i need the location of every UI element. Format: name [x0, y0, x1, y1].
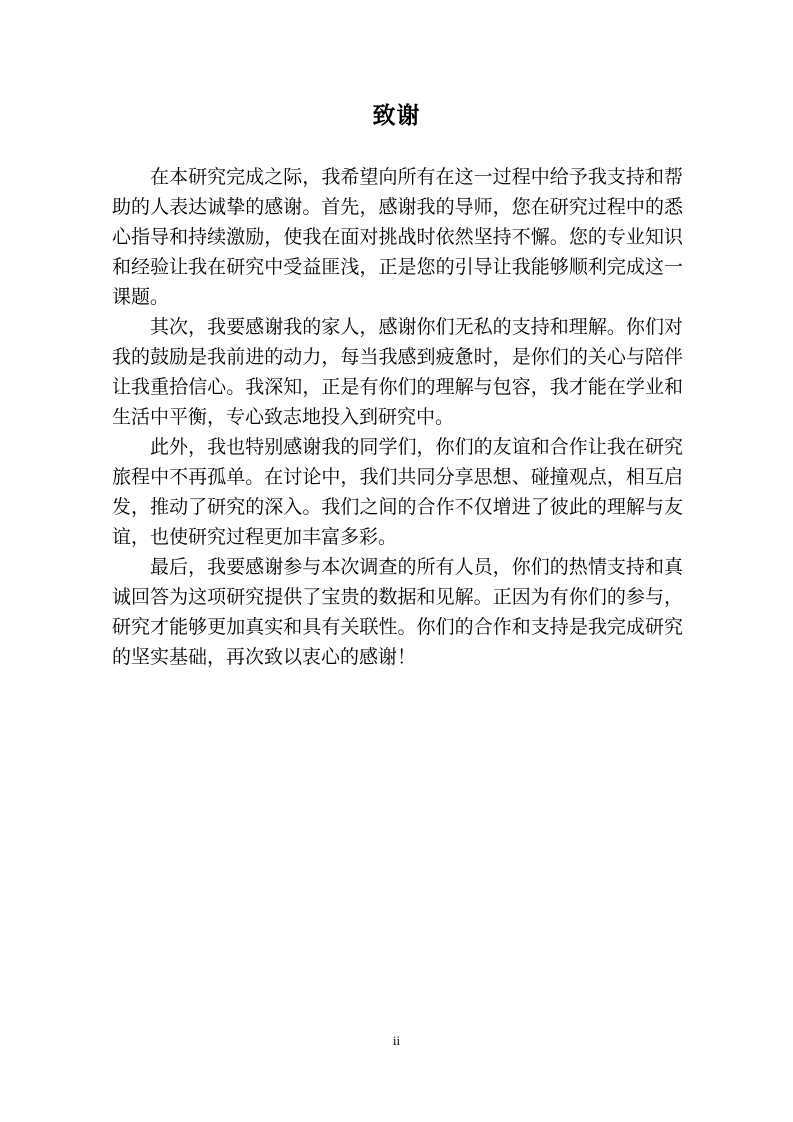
acknowledgement-paragraph-4: 最后，我要感谢参与本次调查的所有人员，你们的热情支持和真诚回答为这项研究提供了宝… [112, 553, 683, 673]
acknowledgement-paragraph-2: 其次，我要感谢我的家人，感谢你们无私的支持和理解。你们对我的鼓励是我前进的动力，… [112, 313, 683, 433]
page-title: 致谢 [0, 0, 793, 132]
document-page: 致谢 在本研究完成之际，我希望向所有在这一过程中给予我支持和帮助的人表达诚挚的感… [0, 0, 793, 1122]
page-number: ii [0, 1033, 793, 1049]
acknowledgement-paragraph-1: 在本研究完成之际，我希望向所有在这一过程中给予我支持和帮助的人表达诚挚的感谢。首… [112, 163, 683, 313]
acknowledgement-body: 在本研究完成之际，我希望向所有在这一过程中给予我支持和帮助的人表达诚挚的感谢。首… [112, 163, 683, 673]
acknowledgement-paragraph-3: 此外，我也特别感谢我的同学们，你们的友谊和合作让我在研究旅程中不再孤单。在讨论中… [112, 433, 683, 553]
